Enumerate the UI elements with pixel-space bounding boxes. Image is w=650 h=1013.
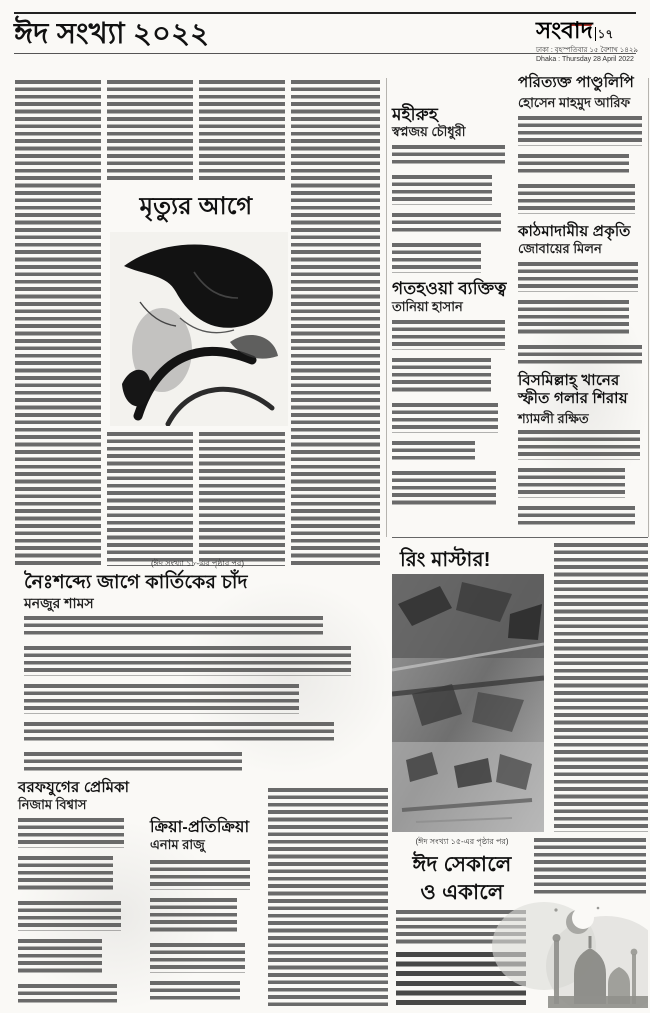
poem-text-block [392, 145, 510, 281]
section-rule [392, 537, 648, 538]
poem-byline-jobayer-milon: জোবায়ের মিলন [518, 240, 648, 261]
right-edge-rule [648, 78, 649, 537]
poem-title-porityakto-pandulipi: পরিত্যক্ত পাণ্ডুলিপি [518, 74, 648, 92]
poem-byline-hossain-mahmud-arif: হোসেন মাহমুদ আরিফ [518, 94, 648, 115]
poem-byline-monjur-shams: মনজুর শামস [24, 592, 224, 616]
dark-collage-icon [392, 574, 544, 832]
poem-text-block [518, 262, 648, 375]
poem-byline-swapnajoy-chowdhury: স্বপ্নজয় চৌধুরী [392, 123, 512, 144]
poem-text-block [518, 430, 648, 536]
poem-text-block [24, 616, 376, 782]
eid-illustration [486, 896, 648, 1008]
story-text-column-3-top [199, 80, 285, 182]
page-number: ১৭ [595, 27, 614, 41]
poem-byline-nizam-biswas: নিজাম বিশ্বাস [18, 796, 148, 817]
story-text-column-3-bottom [199, 432, 285, 566]
poem-text-block [150, 860, 256, 1011]
article-text-column [534, 838, 646, 894]
dateline-english: Dhaka : Thursday 28 April 2022 [536, 55, 640, 64]
featured-illustration [110, 232, 288, 426]
mosque-crescent-icon [486, 896, 648, 1008]
story-text-column-4 [291, 80, 380, 566]
ring-master-text-column [554, 543, 648, 832]
masthead-title-row: সংবাদ১৭ [536, 18, 640, 46]
masthead-logo: সংবাদ [536, 17, 593, 43]
poem-text-block [518, 116, 648, 222]
masthead: সংবাদ১৭ ঢাকা : বৃহস্পতিবার ১৫ বৈশাখ ১৪২৯… [536, 13, 640, 64]
ink-drawing-icon [110, 232, 288, 426]
poem-byline-shyamoli-rokkhit: শ্যামলী রক্ষিত [518, 410, 648, 431]
poem-text-block [392, 320, 510, 516]
ring-master-artwork [392, 574, 544, 832]
poem-text-block [18, 818, 130, 1013]
poem-byline-enam-raju: এনাম রাজু [150, 836, 280, 857]
story-text-column-2-bottom [107, 432, 193, 566]
middle-column-divider [386, 78, 387, 537]
story-text-column-1 [15, 80, 101, 566]
story-text-column-2-top [107, 80, 193, 182]
article-text-column [268, 788, 388, 1006]
newspaper-page: ঈদ সংখ্যা ২০২২ সংবাদ১৭ ঢাকা : বৃহস্পতিবা… [0, 0, 650, 1013]
edition-title: ঈদ সংখ্যা ২০২২ [14, 17, 344, 51]
poem-byline-tania-hasan: তানিয়া হাসান [392, 298, 512, 319]
header-rule [14, 53, 636, 54]
poem-title-bismillah-khan: বিসমিল্লাহ্ খানের স্ফীত গলার শিরায় [518, 372, 648, 408]
